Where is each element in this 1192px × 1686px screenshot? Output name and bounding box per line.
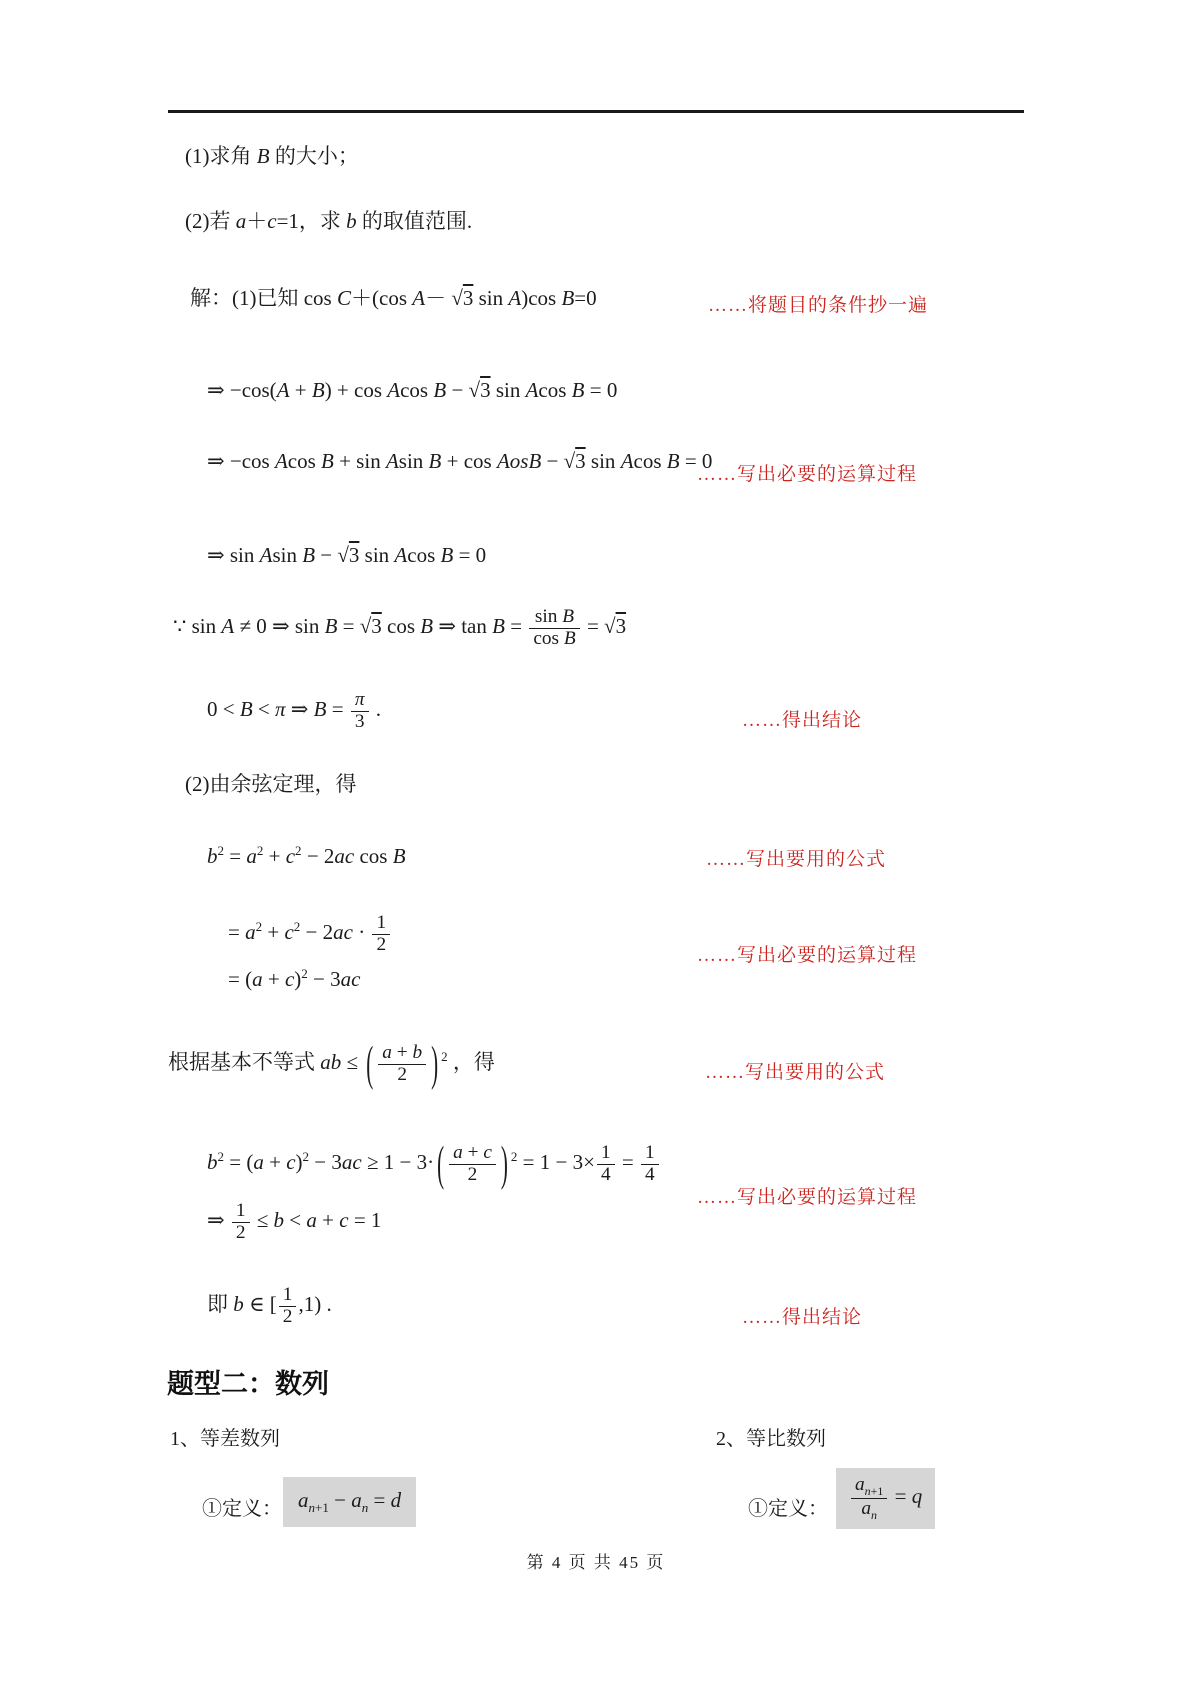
solution-step3: ⇒ sin Asin B − √3 sin Acos B = 0 xyxy=(207,543,486,568)
solution-step5: 0 < B < π ⇒ B = π3 . xyxy=(207,690,381,733)
column-title-geometric: 2、等比数列 xyxy=(716,1422,826,1451)
solution-step7: = a2 + c2 − 2ac · 12 xyxy=(228,913,392,956)
annotation-formula1: ……写出要用的公式 xyxy=(706,844,886,871)
geom-definition-label: ①定义： xyxy=(748,1492,828,1521)
solution-step2: ⇒ −cos Acos B + sin Asin B + cos AosB − … xyxy=(207,449,712,474)
page-footer: 第 4 页 共 45 页 xyxy=(0,1548,1192,1573)
document-page: (1)求角 B 的大小； (2)若 a＋c=1，求 b 的取值范围. 解：(1)… xyxy=(0,0,1192,1686)
solution-basic-inequality: 根据基本不等式 ab ≤ (a + b2)2 ，得 xyxy=(168,1043,495,1086)
annotation-conclude2: ……得出结论 xyxy=(742,1302,862,1329)
arith-definition-label: ①定义： xyxy=(202,1492,282,1521)
section-heading: 题型二：数列 xyxy=(167,1362,329,1401)
annotation-process2: ……写出必要的运算过程 xyxy=(697,940,917,967)
annotation-process3: ……写出必要的运算过程 xyxy=(697,1182,917,1209)
solution-step6: b2 = a2 + c2 − 2ac cos B xyxy=(207,843,406,869)
geom-definition-formula: an+1an = q xyxy=(836,1468,935,1529)
solution-conclusion: 即 b ∈ [12,1) . xyxy=(207,1285,332,1328)
solution-step4: ∵ sin A ≠ 0 ⇒ sin B = √3 cos B ⇒ tan B =… xyxy=(173,607,626,650)
solution-step10: b2 = (a + c)2 − 3ac ≥ 1 − 3·(a + c2)2 = … xyxy=(207,1143,661,1186)
solution-step8: = (a + c)2 − 3ac xyxy=(228,966,360,992)
annotation-process1: ……写出必要的运算过程 xyxy=(697,459,917,486)
column-title-arithmetic: 1、等差数列 xyxy=(170,1422,280,1451)
solution-step11: ⇒ 12 ≤ b < a + c = 1 xyxy=(207,1201,381,1244)
solution-given-line: 解：(1)已知 cos C＋(cos A－ √3 sin A)cos B=0 xyxy=(190,286,597,311)
annotation-conclude1: ……得出结论 xyxy=(742,705,862,732)
question-part1: (1)求角 B 的大小； xyxy=(185,144,359,169)
annotation-copy-condition: ……将题目的条件抄一遍 xyxy=(708,290,928,317)
top-rule xyxy=(168,110,1024,113)
solution-part2-intro: (2)由余弦定理，得 xyxy=(185,772,357,797)
annotation-formula2: ……写出要用的公式 xyxy=(705,1057,885,1084)
question-part2: (2)若 a＋c=1，求 b 的取值范围. xyxy=(185,209,472,234)
solution-step1: ⇒ −cos(A + B) + cos Acos B − √3 sin Acos… xyxy=(207,378,617,403)
arith-definition-formula: an+1 − an = d xyxy=(283,1477,416,1527)
